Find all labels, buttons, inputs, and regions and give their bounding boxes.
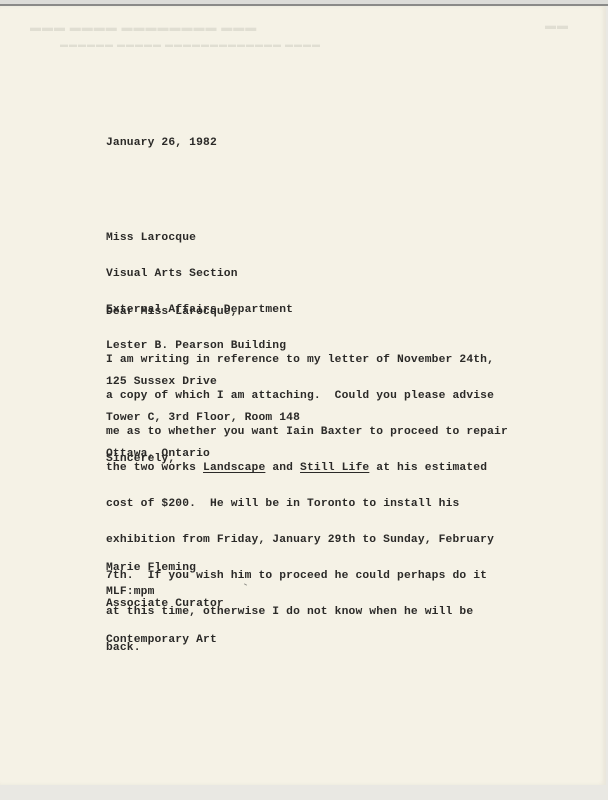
body-text: He will be in	[210, 498, 307, 510]
closing: Sincerely,	[106, 453, 175, 465]
body-text: and	[265, 462, 300, 474]
body-line-1: I am writing in reference to my letter o…	[106, 354, 508, 366]
body-line-2: a copy of which I am attaching. Could yo…	[106, 390, 508, 402]
letterhead-bleed-through-right: ▬▬	[545, 20, 569, 32]
signer-name: Marie Fleming	[106, 562, 224, 574]
recipient-name: Miss Larocque	[106, 232, 300, 244]
artwork-title-still-life: Still Life	[300, 462, 369, 474]
letterhead-bleed-through-sub: ▬▬▬▬▬▬ ▬▬▬▬▬ ▬▬▬▬▬▬▬▬▬▬▬▬▬ ▬▬▬▬	[60, 40, 321, 49]
signer-title: Associate Curator	[106, 598, 224, 610]
body-text: cost of $200.	[106, 498, 210, 510]
recipient-section: Visual Arts Section	[106, 268, 300, 280]
letter-date: January 26, 1982	[106, 137, 217, 149]
body-line-3: me as to whether you want Iain Baxter to…	[106, 426, 508, 438]
letterhead-bleed-through: ▬▬▬ ▬▬▬▬ ▬▬▬▬▬▬▬▬ ▬▬▬	[30, 22, 257, 34]
signature-block: Marie Fleming Associate Curator Contempo…	[106, 538, 224, 670]
signer-department: Contemporary Art	[106, 634, 224, 646]
body-text: at his estimated	[369, 462, 487, 474]
reference-initials: MLF:mpm	[106, 586, 155, 598]
body-text-toronto: Toronto	[307, 498, 356, 510]
salutation: Dear Miss Larocque,	[106, 306, 238, 318]
body-line-5: cost of $200. He will be in Toronto to i…	[106, 498, 508, 510]
scanned-letter: ▬▬▬ ▬▬▬▬ ▬▬▬▬▬▬▬▬ ▬▬▬ ▬▬ ▬▬▬▬▬▬ ▬▬▬▬▬ ▬▬…	[0, 0, 608, 800]
artwork-title-landscape: Landscape	[203, 462, 265, 474]
body-text: to install his	[355, 498, 459, 510]
